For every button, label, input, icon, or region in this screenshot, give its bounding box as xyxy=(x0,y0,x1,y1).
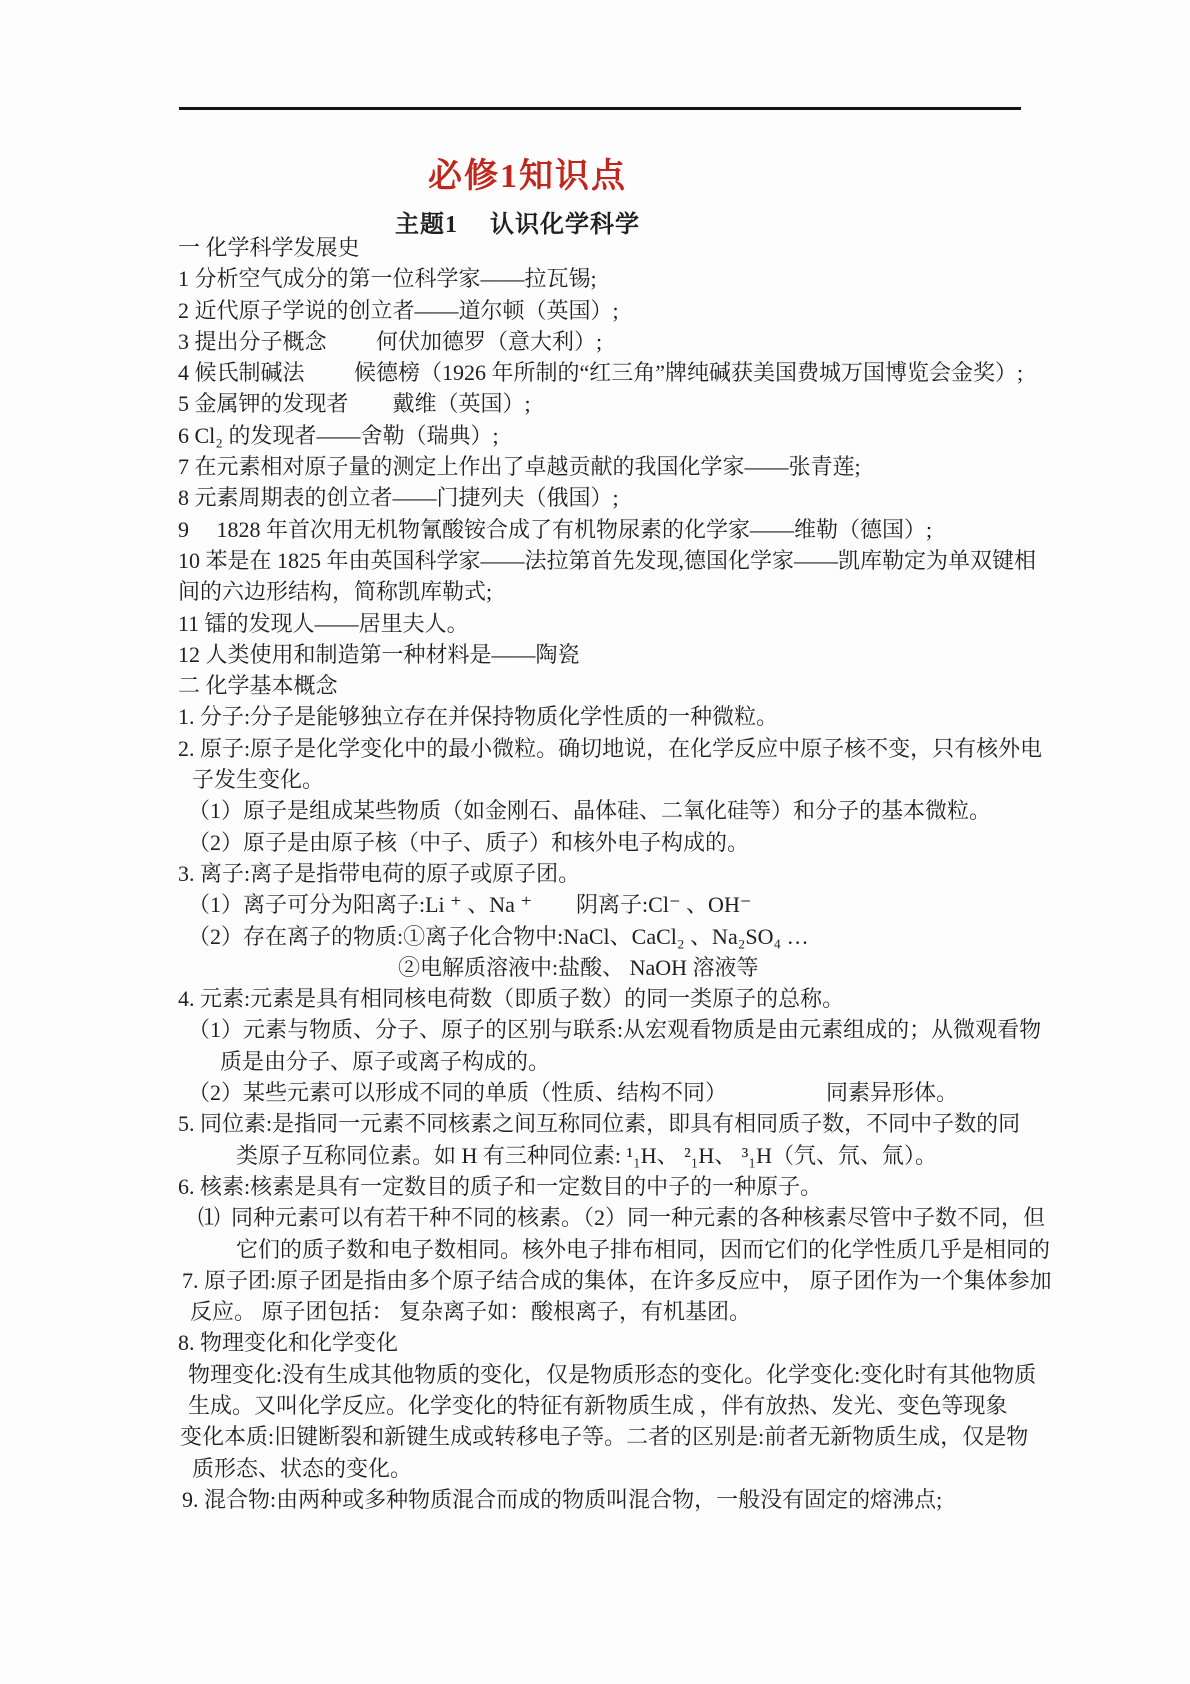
document-body: 一 化学科学发展史1 分析空气成分的第一位科学家——拉瓦锡;2 近代原子学说的创… xyxy=(178,232,1138,1515)
text-line: 生成。又叫化学反应。化学变化的特征有新物质生成 ，伴有放热、发光、变色等现象 xyxy=(178,1390,1138,1421)
text-line: 12 人类使用和制造第一种材料是——陶瓷 xyxy=(178,639,1138,670)
text-line: 它们的质子数和电子数相同。核外电子排布相同，因而它们的化学性质几乎是相同的 xyxy=(178,1234,1138,1265)
text-line: （2）某些元素可以形成不同的单质（性质、结构不同） 同素异形体。 xyxy=(178,1077,1138,1108)
text-line: 7. 原子团:原子团是指由多个原子结合成的集体，在许多反应中， 原子团作为一个集… xyxy=(178,1265,1138,1296)
text-line: 子发生变化。 xyxy=(178,764,1138,795)
text-line: ⑴ 同种元素可以有若干种不同的核素。（2）同一种元素的各种核素尽管中子数不同，但 xyxy=(178,1202,1138,1233)
text-line: （2）存在离子的物质:①离子化合物中:NaCl、CaCl₂ 、Na₂SO₄ … xyxy=(178,921,1138,952)
text-line: 二 化学基本概念 xyxy=(178,670,1138,701)
text-line: 2. 原子:原子是化学变化中的最小微粒。确切地说，在化学反应中原子核不变，只有核… xyxy=(178,733,1138,764)
text-line: 6. 核素:核素是具有一定数目的质子和一定数目的中子的一种原子。 xyxy=(178,1171,1138,1202)
text-line: （1）元素与物质、分子、原子的区别与联系:从宏观看物质是由元素组成的；从微观看物 xyxy=(178,1014,1138,1045)
text-line: 8 元素周期表的创立者——门捷列夫（俄国）; xyxy=(178,482,1138,513)
text-line: 4 候氏制碱法 候德榜（1926 年所制的“红三角”牌纯碱获美国费城万国博览会金… xyxy=(178,357,1138,388)
header-rule xyxy=(179,107,1021,110)
text-line: 10 苯是在 1825 年由英国科学家——法拉第首先发现,德国化学家——凯库勒定… xyxy=(178,545,1138,576)
text-line: 间的六边形结构，简称凯库勒式; xyxy=(178,576,1138,607)
text-line: 质形态、状态的变化。 xyxy=(178,1453,1138,1484)
text-line: 1 分析空气成分的第一位科学家——拉瓦锡; xyxy=(178,263,1138,294)
text-line: 11 镭的发现人——居里夫人。 xyxy=(178,608,1138,639)
text-line: 物理变化:没有生成其他物质的变化，仅是物质形态的变化。化学变化:变化时有其他物质 xyxy=(178,1359,1138,1390)
text-line: 一 化学科学发展史 xyxy=(178,232,1138,263)
text-line: 8. 物理变化和化学变化 xyxy=(178,1327,1138,1358)
page-title: 必修1知识点 xyxy=(428,148,627,197)
text-line: 反应。 原子团包括： 复杂离子如：酸根离子，有机基团。 xyxy=(178,1296,1138,1327)
text-line: （1）原子是组成某些物质（如金刚石、晶体硅、二氧化硅等）和分子的基本微粒。 xyxy=(178,795,1138,826)
text-line: 2 近代原子学说的创立者——道尔顿（英国）; xyxy=(178,295,1138,326)
text-line: 5. 同位素:是指同一元素不同核素之间互称同位素，即具有相同质子数，不同中子数的… xyxy=(178,1108,1138,1139)
text-line: 7 在元素相对原子量的测定上作出了卓越贡献的我国化学家——张青莲; xyxy=(178,451,1138,482)
text-line: 3. 离子:离子是指带电荷的原子或原子团。 xyxy=(178,858,1138,889)
text-line: 9 1828 年首次用无机物氰酸铵合成了有机物尿素的化学家——维勒（德国）; xyxy=(178,514,1138,545)
text-line: 9. 混合物:由两种或多种物质混合而成的物质叫混合物，一般没有固定的熔沸点; xyxy=(178,1484,1138,1515)
text-line: 6 Cl₂ 的发现者——舍勒（瑞典）; xyxy=(178,420,1138,451)
text-line: 类原子互称同位素。如 H 有三种同位素: ¹₁H、 ²₁H、 ³₁H（氕、氘、氚… xyxy=(178,1140,1138,1171)
text-line: 变化本质:旧键断裂和新键生成或转移电子等。二者的区别是:前者无新物质生成，仅是物 xyxy=(178,1421,1138,1452)
text-line: 3 提出分子概念 何伏加德罗（意大利）; xyxy=(178,326,1138,357)
text-line: 4. 元素:元素是具有相同核电荷数（即质子数）的同一类原子的总称。 xyxy=(178,983,1138,1014)
text-line: （1）离子可分为阳离子:Li ⁺ 、Na ⁺ 阴离子:Cl⁻ 、OH⁻ xyxy=(178,889,1138,920)
text-line: ②电解质溶液中:盐酸、 NaOH 溶液等 xyxy=(178,952,1138,983)
text-line: 1. 分子:分子是能够独立存在并保持物质化学性质的一种微粒。 xyxy=(178,701,1138,732)
text-line: （2）原子是由原子核（中子、质子）和核外电子构成的。 xyxy=(178,827,1138,858)
document-page: 必修1知识点 主题1 认识化学科学 一 化学科学发展史1 分析空气成分的第一位科… xyxy=(0,0,1190,1684)
text-line: 5 金属钾的发现者 戴维（英国）; xyxy=(178,388,1138,419)
text-line: 质是由分子、原子或离子构成的。 xyxy=(178,1046,1138,1077)
